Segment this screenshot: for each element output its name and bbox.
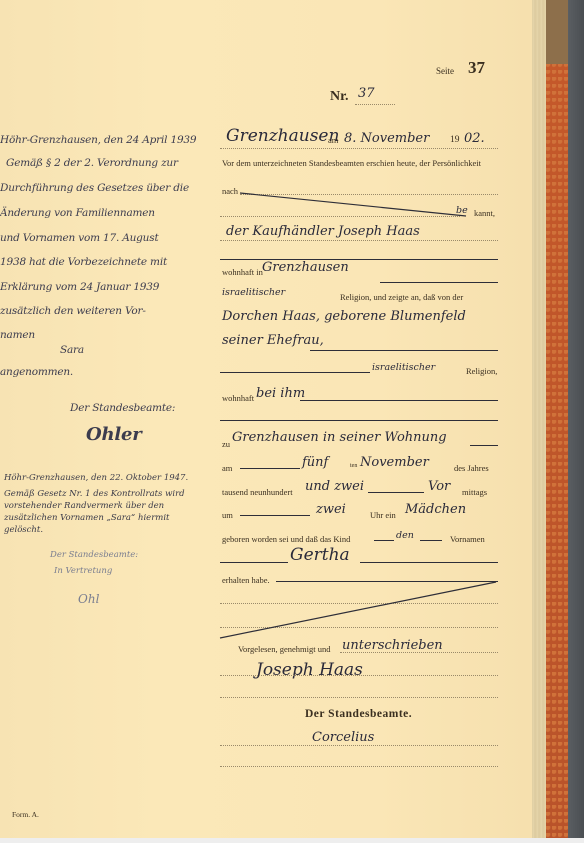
- margin-line: Höhr-Grenzhausen, den 22. Oktober 1947.: [4, 473, 188, 483]
- declarant-line: [220, 240, 498, 241]
- filled-line: [360, 562, 498, 563]
- vorgelesen-label: Vorgelesen, genehmigt und: [238, 644, 330, 654]
- official-signature: Corcelius: [312, 730, 374, 745]
- record-number: 37: [358, 86, 375, 101]
- book-cover-edge: [568, 0, 584, 843]
- place: Grenzhausen: [226, 126, 339, 146]
- scan-bottom-edge: [0, 838, 584, 843]
- blank-line: [220, 675, 498, 676]
- strike-through-line: [218, 580, 500, 640]
- des-jahres-label: des Jahres: [454, 463, 489, 473]
- in-vertretung: In Vertretung: [54, 566, 112, 576]
- margin-official-title: Der Standesbeamte:: [50, 550, 138, 560]
- zu-label: zu: [222, 439, 230, 449]
- register-page: Seite 37 Nr. 37 Höhr-Grenzhausen, den 24…: [0, 0, 532, 843]
- residence-2: bei ihm: [256, 386, 305, 401]
- date-line: [220, 148, 498, 149]
- record-number-line: [355, 104, 395, 105]
- blank-line: [220, 766, 498, 767]
- birth-place: Grenzhausen in seiner Wohnung: [232, 430, 447, 445]
- official-title: Der Standesbeamte.: [305, 708, 412, 720]
- filled-line: [374, 540, 394, 541]
- mother: Dorchen Haas, geborene Blumenfeld: [222, 309, 466, 324]
- margin-closing: angenommen.: [0, 366, 73, 378]
- date-day-month: 8. November: [344, 131, 429, 146]
- child-sex: Mädchen: [405, 502, 466, 517]
- am-label: am: [222, 463, 232, 473]
- year-suffix: 02.: [464, 131, 485, 146]
- blank-line: [220, 216, 460, 217]
- margin-signature: Ohler: [86, 424, 142, 445]
- filled-line: [310, 350, 498, 351]
- filled-line: [470, 445, 498, 446]
- blank-line: [340, 652, 498, 653]
- declarant-signature: Joseph Haas: [256, 660, 363, 680]
- year-prefix: 19: [450, 135, 460, 145]
- geboren-text: geboren worden sei und daß das Kind: [222, 534, 350, 544]
- residence-1: Grenzhausen: [262, 260, 349, 275]
- blank-line: [220, 697, 498, 698]
- be-handwritten: be: [456, 205, 468, 216]
- nach-label: nach: [222, 186, 238, 196]
- filled-line: [368, 492, 424, 493]
- filled-line: [220, 420, 498, 421]
- margin-line: Höhr-Grenzhausen, den 24 April 1939: [0, 134, 196, 146]
- ten-label: ten: [350, 463, 357, 469]
- margin-line: gelöscht.: [4, 525, 43, 535]
- margin-line: und Vornamen vom 17. August: [0, 232, 158, 244]
- filled-line: [220, 562, 288, 563]
- mother-relation: seiner Ehefrau,: [222, 333, 324, 348]
- filled-line: [220, 372, 370, 373]
- birth-hour: zwei: [316, 502, 346, 517]
- blank-line: [220, 745, 498, 746]
- um-label: um: [222, 510, 233, 520]
- date-connector: am: [328, 135, 338, 145]
- margin-line: Gemäß Gesetz Nr. 1 des Kontrollrats wird: [4, 489, 185, 499]
- mittags-label: mittags: [462, 487, 487, 497]
- filled-line: [240, 515, 310, 516]
- margin-line: vorstehender Randvermerk über den: [4, 501, 164, 511]
- form-label: Form. A.: [12, 810, 39, 819]
- margin-line: zusätzlichen Vornamen „Sara“ hiermit: [4, 513, 169, 523]
- page-edges: [532, 0, 546, 843]
- book-binding: [546, 0, 568, 843]
- page-number: 37: [468, 58, 485, 78]
- vor-handwritten: Vor: [428, 479, 450, 494]
- uhr-ein-label: Uhr ein: [370, 510, 396, 520]
- den-handwritten: den: [396, 530, 414, 541]
- margin-line: namen: [0, 329, 35, 341]
- margin-line: Erklärung vom 24 Januar 1939: [0, 281, 159, 293]
- birth-day: fünf: [302, 455, 328, 470]
- tausend-label: tausend neunhundert: [222, 487, 293, 497]
- unterschrieben: unterschrieben: [342, 638, 443, 653]
- declarant: der Kaufhändler Joseph Haas: [226, 224, 420, 239]
- margin-line: Änderung von Familiennamen: [0, 207, 155, 219]
- margin-official-title: Der Standesbeamte:: [70, 402, 175, 414]
- birth-year-words: und zwei: [305, 479, 364, 494]
- added-name: Sara: [60, 344, 84, 356]
- margin-line: zusätzlich den weiteren Vor-: [0, 305, 146, 317]
- margin-signature: Ohl: [78, 592, 99, 606]
- intro-text: Vor dem unterzeichneten Standesbeamten e…: [222, 158, 481, 168]
- filled-line: [240, 468, 300, 469]
- margin-line: Durchführung des Gesetzes über die: [0, 182, 189, 194]
- book-binding-top: [546, 0, 568, 64]
- child-name: Gertha: [290, 545, 350, 565]
- religion-text-1: Religion, und zeigte an, daß von der: [340, 292, 463, 302]
- margin-line: 1938 hat die Vorbezeichnete mit: [0, 256, 167, 268]
- page-label: Seite: [436, 66, 454, 76]
- wohnhaft-label-2: wohnhaft: [222, 393, 254, 403]
- birth-month: November: [360, 455, 429, 470]
- religion-label-2: Religion,: [466, 366, 497, 376]
- vornamen-label: Vornamen: [450, 534, 485, 544]
- filled-line: [380, 282, 498, 283]
- wohnhaft-label-1: wohnhaft in: [222, 267, 263, 277]
- filled-line: [420, 540, 442, 541]
- margin-line: Gemäß § 2 der 2. Verordnung zur: [6, 157, 178, 169]
- kannt-label: kannt,: [474, 208, 495, 218]
- filled-line: [300, 400, 498, 401]
- record-number-label: Nr.: [330, 89, 349, 105]
- religion-2: israelitischer: [372, 362, 435, 373]
- religion-1: israelitischer: [222, 287, 285, 298]
